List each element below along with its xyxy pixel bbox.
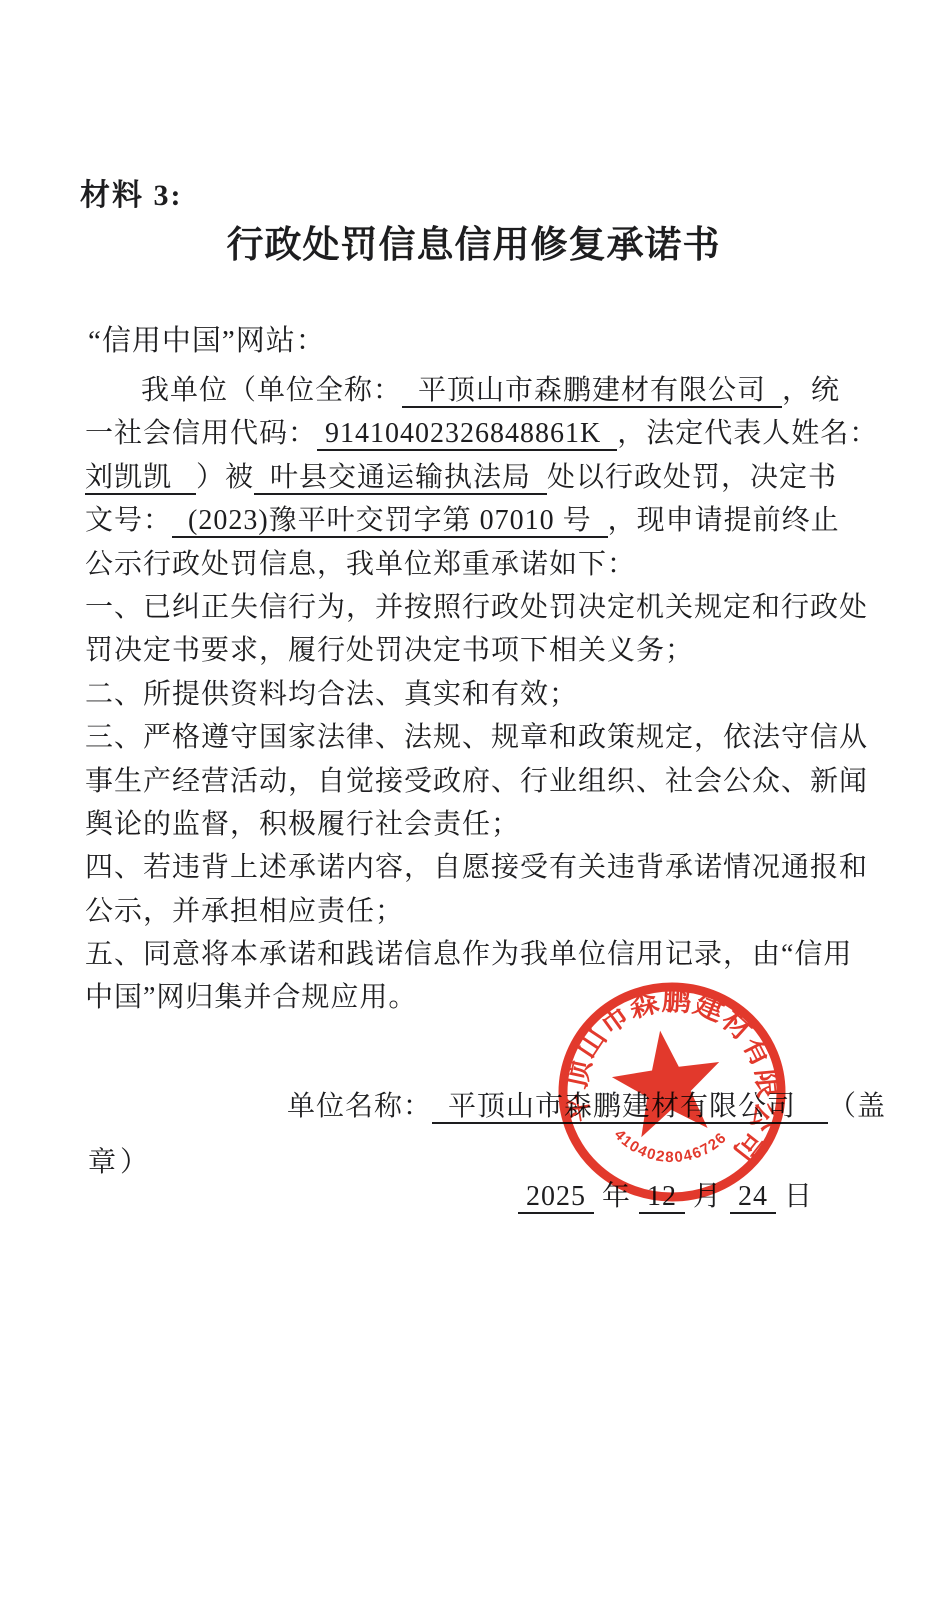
seal-code-text: 4104028046726 <box>611 1126 731 1166</box>
seal-star-icon <box>612 1031 719 1138</box>
company-seal: 平顶山市森鹏建材有限公司 4104028046726 <box>0 0 947 1600</box>
document-page: 材料 3: 行政处罚信息信用修复承诺书 “信用中国”网站： 我单位（单位全称： … <box>0 0 947 1600</box>
seal-code-textpath: 4104028046726 <box>611 1126 731 1166</box>
